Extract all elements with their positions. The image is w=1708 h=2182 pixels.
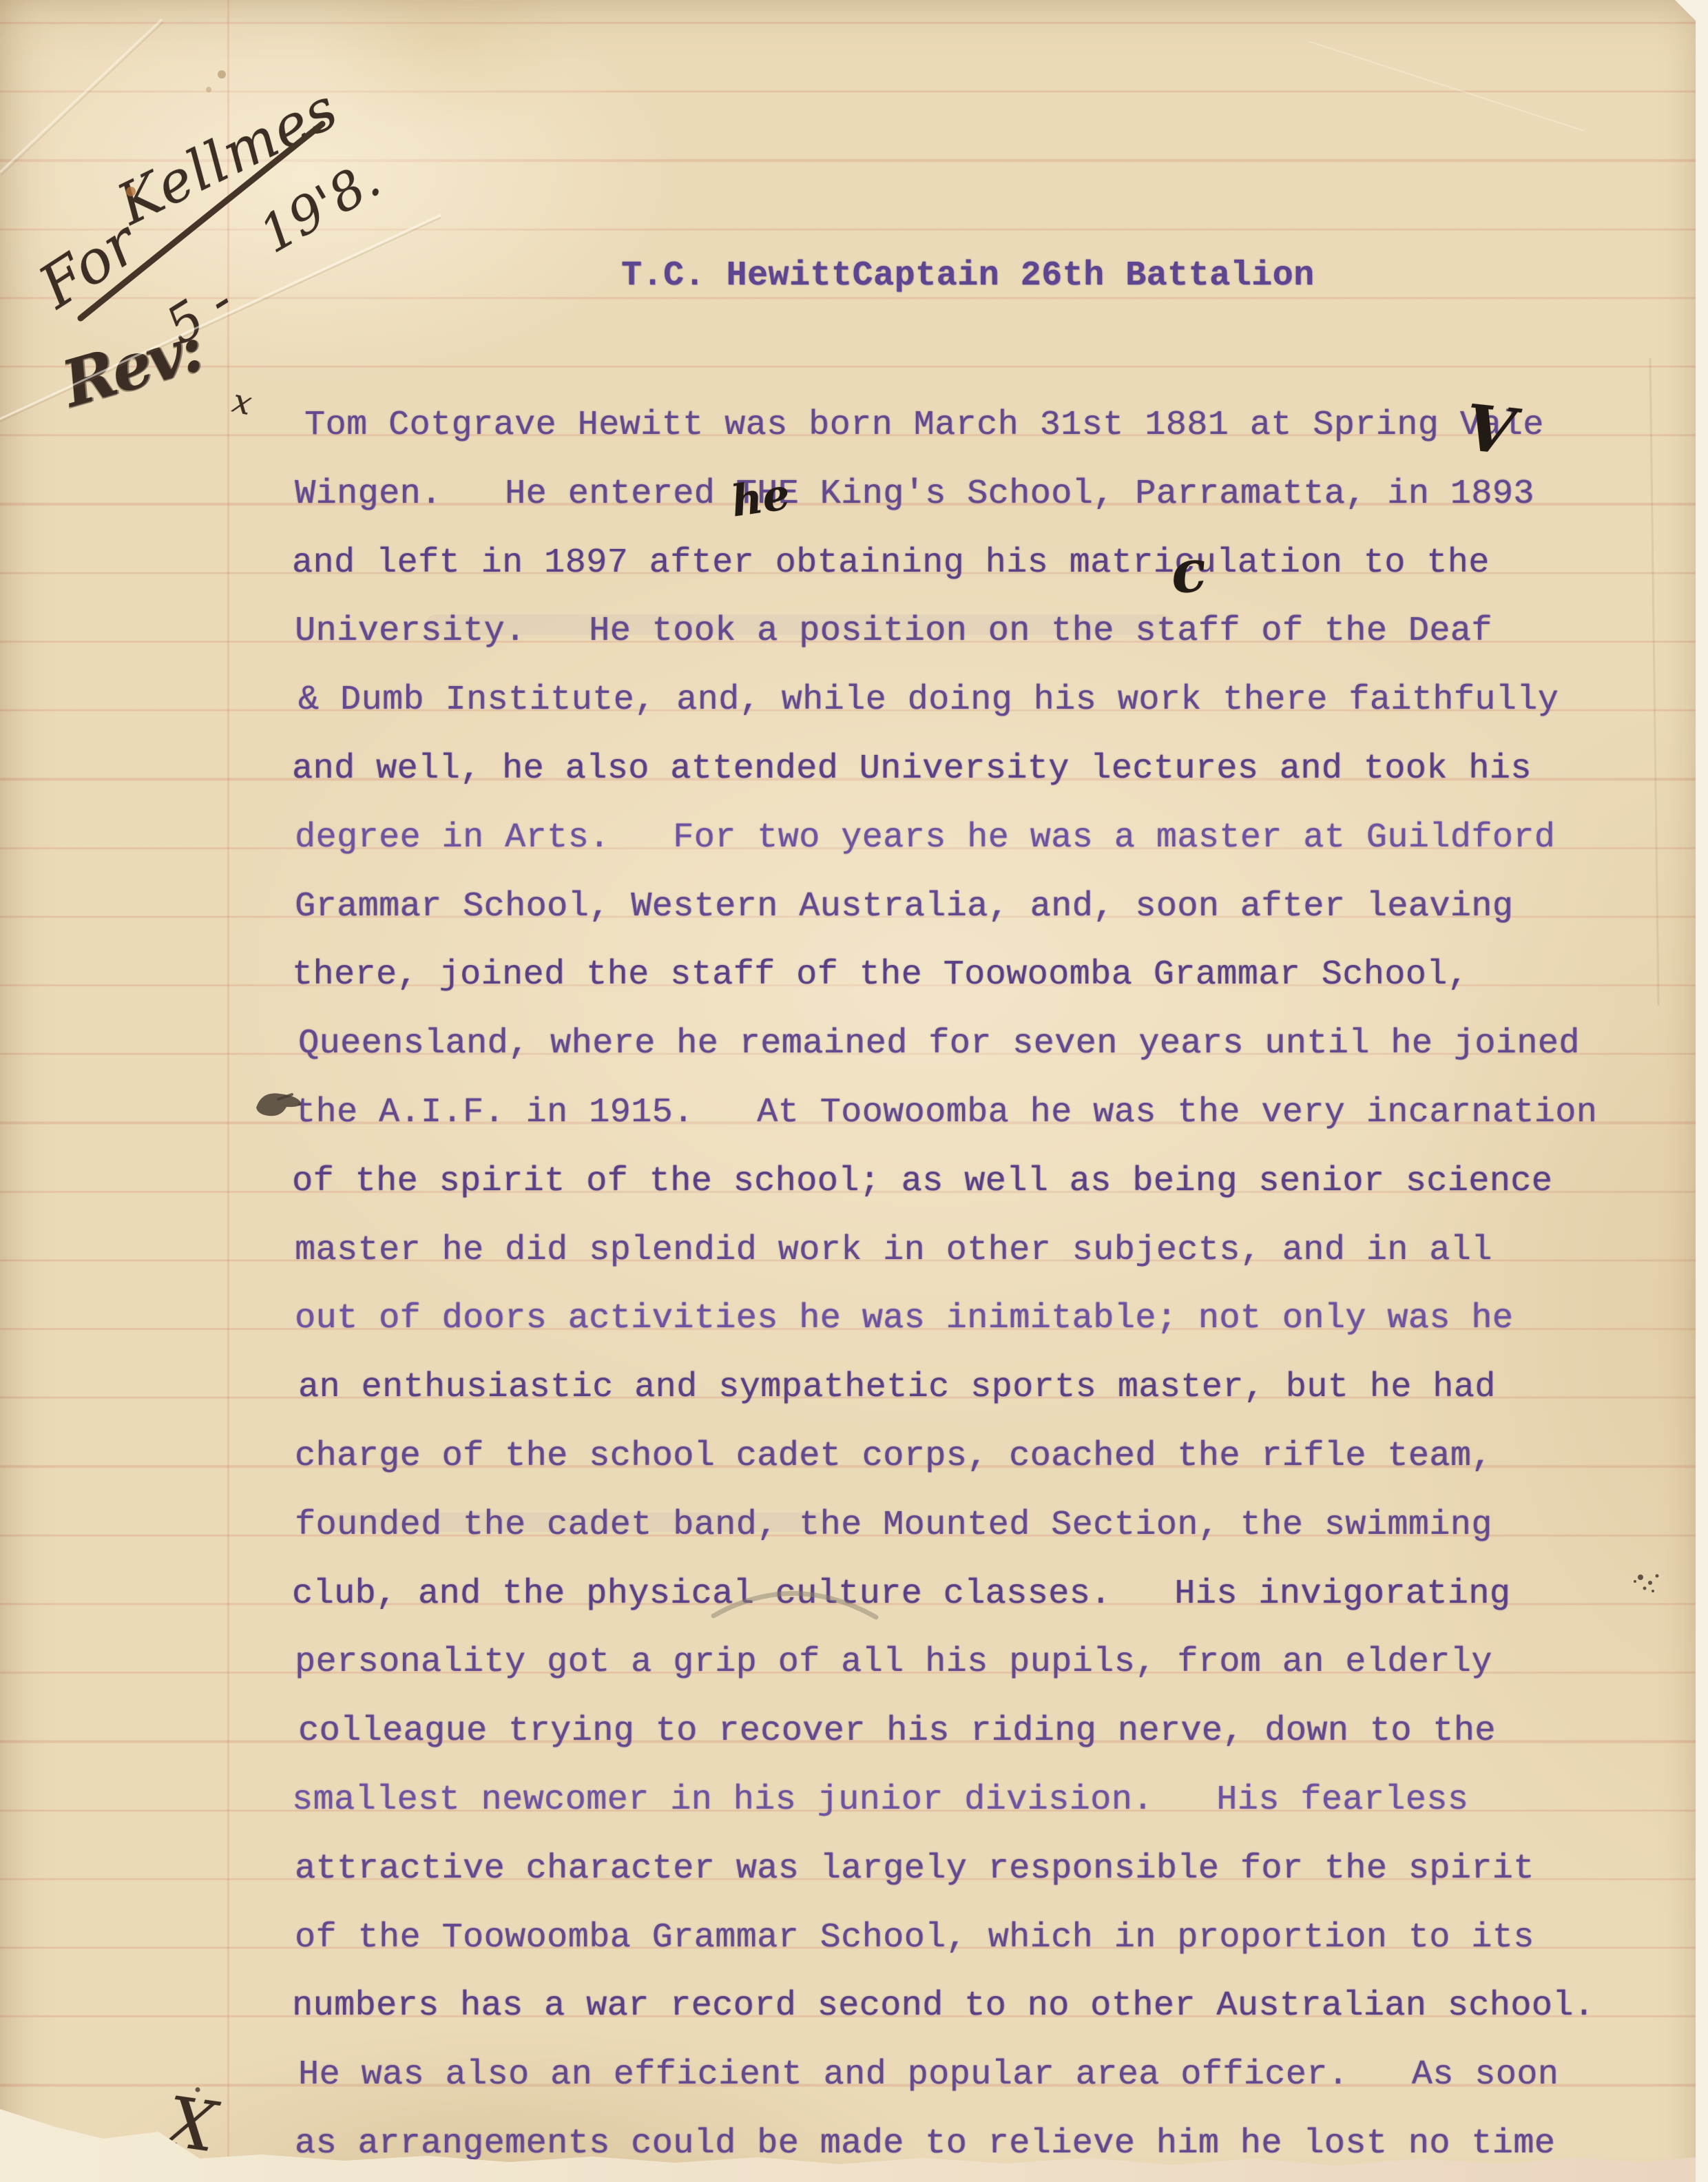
typed-line: He was also an efficient and popular are… (298, 2041, 1648, 2110)
typed-line: Grammar School, Western Australia, and, … (295, 873, 1645, 942)
typed-line: Tom Cotgrave Hewitt was born March 31st … (304, 391, 1654, 460)
typed-line: University. He took a position on the st… (295, 597, 1645, 666)
typed-line: club, and the physical culture classes. … (292, 1560, 1642, 1629)
scanned-document-page: { "document": { "title": "T.C. HewittCap… (0, 0, 1708, 2182)
typed-line: colleague trying to recover his riding n… (298, 1697, 1648, 1766)
pen-correction-c: c (1167, 536, 1209, 607)
typed-line: smallest newcomer in his junior division… (292, 1766, 1642, 1835)
typed-line: there, joined the staff of the Toowoomba… (292, 941, 1642, 1010)
typed-line: an enthusiastic and sympathetic sports m… (298, 1353, 1648, 1422)
typed-line: personality got a grip of all his pupils… (295, 1628, 1645, 1697)
ink-blot-tail (278, 1094, 292, 1099)
typed-title: T.C. HewittCaptain 26th Battalion (621, 256, 1315, 295)
handwritten-received-scribble: Rev: (54, 311, 209, 422)
pen-correction-v: V (1462, 391, 1519, 470)
typed-line: and well, he also attended University le… (292, 735, 1642, 804)
typed-line: charge of the school cadet corps, coache… (295, 1422, 1645, 1491)
pen-correction-he: he (728, 468, 793, 526)
typed-line: Wingen. He entered THE King's School, Pa… (295, 460, 1645, 529)
typed-line: founded the cadet band, the Mounted Sect… (295, 1491, 1645, 1560)
typed-line: of the spirit of the school; as well as … (292, 1147, 1642, 1216)
typed-line: master he did splendid work in other sub… (295, 1216, 1645, 1285)
margin-cross-mark-top: x (229, 382, 255, 423)
typed-line: numbers has a war record second to no ot… (292, 1972, 1642, 2041)
typed-line: the A.I.F. in 1915. At Toowoomba he was … (295, 1079, 1645, 1147)
typed-body-text: Tom Cotgrave Hewitt was born March 31st … (295, 391, 1645, 2179)
typed-line: attractive character was largely respons… (295, 1835, 1645, 1904)
typed-line: and left in 1897 after obtaining his mat… (292, 529, 1642, 598)
typed-line: & Dumb Institute, and, while doing his w… (298, 666, 1648, 735)
letter-page: T.C. HewittCaptain 26th Battalion Tom Co… (0, 0, 1696, 2182)
typed-line: Queensland, where he remained for seven … (298, 1010, 1648, 1079)
typed-line: degree in Arts. For two years he was a m… (295, 804, 1645, 873)
typed-line: out of doors activities he was inimitabl… (295, 1285, 1645, 1353)
typed-line: of the Toowoomba Grammar School, which i… (295, 1904, 1645, 1973)
